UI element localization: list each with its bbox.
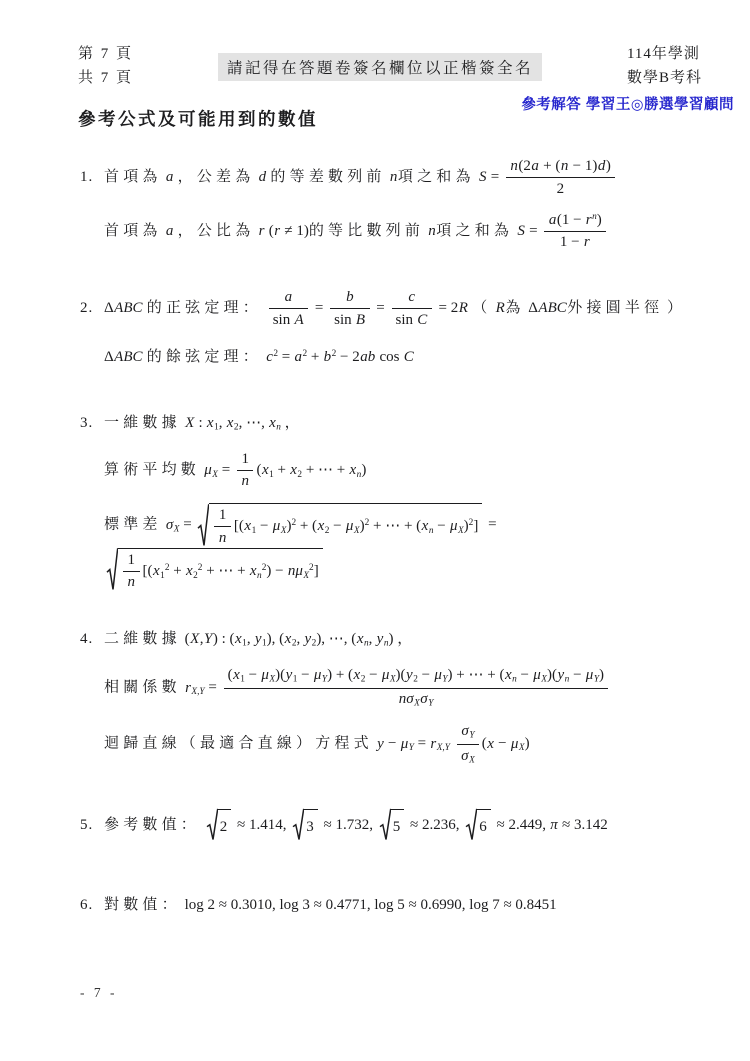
fraction: 1n xyxy=(237,450,254,492)
formula-item: 2.ΔABC 的正弦定理： asin A = bsin B = csin C =… xyxy=(80,288,714,372)
formula-item: 4.二維數據 (X,Y) : (x1, y1), (x2, y2), ⋯, (x… xyxy=(80,624,714,767)
item-number: 5. xyxy=(80,817,104,834)
cjk-text: ，公比為 xyxy=(178,223,255,239)
cjk-text: 參考數值： xyxy=(104,817,200,833)
sqrt-radical: 1n[(x12 + x22 + ⋯ + xn2) − nμX2] xyxy=(106,548,323,593)
sqrt-radical: 3 xyxy=(292,809,318,842)
item-number: 6. xyxy=(80,897,104,914)
page-number-line2: 共 7 頁 xyxy=(78,66,133,90)
formula-line: 迴歸直線（最適合直線）方程式 y − μY = rX,Y σYσX(x − μX… xyxy=(104,722,714,766)
fraction: asin A xyxy=(269,288,308,330)
sqrt-radical: 6 xyxy=(465,809,491,842)
cjk-text: 首項為 xyxy=(104,169,162,185)
item-body: 一維數據 X : x1, x2, ⋯, xn ，算術平均數 μX = 1n(x1… xyxy=(104,408,714,593)
page-number-block: 第 7 頁 共 7 頁 xyxy=(78,42,133,90)
cjk-text: 一維數據 xyxy=(104,415,181,431)
formula-line: 首項為 a ，公差為 d 的等差數列前 n項之和為 S = n(2a + (n … xyxy=(104,157,714,199)
formula-line: 標準差 σX = 1n[(x1 − μX)2 + (x2 − μX)2 + ⋯ … xyxy=(104,503,714,592)
formula-list: 1.首項為 a ，公差為 d 的等差數列前 n項之和為 S = n(2a + (… xyxy=(0,131,750,920)
cjk-text: 的等比數列前 xyxy=(309,223,424,239)
cjk-text: ， xyxy=(397,631,416,647)
sqrt-radical: 5 xyxy=(379,809,405,842)
document-page: 第 7 頁 共 7 頁 請記得在答題卷簽名欄位以正楷簽全名 114年學測 數學B… xyxy=(0,0,750,1061)
radical-sign-icon xyxy=(106,547,118,592)
watermark-link[interactable]: 參考解答 學習王◎勝選學習顧問 xyxy=(521,93,734,114)
exam-info-block: 114年學測 數學B考科 xyxy=(627,42,702,90)
fraction: n(2a + (n − 1)d)2 xyxy=(506,157,615,199)
cjk-text: 迴歸直線（最適合直線）方程式 xyxy=(104,736,373,752)
formula-item: 6.對數值： log 2 ≈ 0.3010, log 3 ≈ 0.4771, l… xyxy=(80,890,714,920)
cjk-text: 算術平均數 xyxy=(104,462,200,478)
formula-item: 3.一維數據 X : x1, x2, ⋯, xn ，算術平均數 μX = 1n(… xyxy=(80,408,714,593)
cjk-text: 項之和為 xyxy=(436,223,513,239)
radical-sign-icon xyxy=(197,503,209,548)
formula-line: 對數值： log 2 ≈ 0.3010, log 3 ≈ 0.4771, log… xyxy=(104,890,714,920)
page-number-line1: 第 7 頁 xyxy=(78,42,133,66)
item-number: 1. xyxy=(80,169,104,186)
formula-line: 二維數據 (X,Y) : (x1, y1), (x2, y2), ⋯, (xn,… xyxy=(104,624,714,654)
cjk-text: （ xyxy=(472,300,491,316)
fraction: (x1 − μX)(y1 − μY) + (x2 − μX)(y2 − μY) … xyxy=(224,666,608,710)
fraction: csin C xyxy=(392,288,432,330)
formula-line: 相關係數 rX,Y = (x1 − μX)(y1 − μY) + (x2 − μ… xyxy=(104,666,714,710)
radical-sign-icon xyxy=(379,808,391,841)
fraction: 1n xyxy=(123,551,140,593)
item-body: 首項為 a ，公差為 d 的等差數列前 n項之和為 S = n(2a + (n … xyxy=(104,157,714,252)
item-number: 3. xyxy=(80,415,104,432)
formula-line: 參考數值： 2 ≈ 1.414, 3 ≈ 1.732, 5 ≈ 2.236, 6… xyxy=(104,809,714,842)
fraction: 1n xyxy=(214,506,231,548)
exam-subject: 數學B考科 xyxy=(627,66,702,90)
formula-line: 首項為 a ，公比為 r (r ≠ 1)的等比數列前 n項之和為 S = a(1… xyxy=(104,211,714,253)
cjk-text: 的等差數列前 xyxy=(270,169,385,185)
item-body: 參考數值： 2 ≈ 1.414, 3 ≈ 1.732, 5 ≈ 2.236, 6… xyxy=(104,809,714,842)
item-body: 對數值： log 2 ≈ 0.3010, log 3 ≈ 0.4771, log… xyxy=(104,890,714,920)
cjk-text: ） xyxy=(667,300,686,316)
exam-year: 114年學測 xyxy=(627,42,702,66)
radical-sign-icon xyxy=(465,808,477,841)
cjk-text: 二維數據 xyxy=(104,631,181,647)
cjk-text: ， xyxy=(285,415,304,431)
cjk-text: 首項為 xyxy=(104,223,162,239)
item-body: ΔABC 的正弦定理： asin A = bsin B = csin C = 2… xyxy=(104,288,714,372)
page-footer: - 7 - xyxy=(80,985,118,1001)
item-number: 2. xyxy=(80,300,104,317)
formula-item: 5.參考數值： 2 ≈ 1.414, 3 ≈ 1.732, 5 ≈ 2.236,… xyxy=(80,809,714,842)
radical-sign-icon xyxy=(206,808,218,841)
cjk-text: 為 xyxy=(505,300,524,316)
item-body: 二維數據 (X,Y) : (x1, y1), (x2, y2), ⋯, (xn,… xyxy=(104,624,714,767)
cjk-text: 外接圓半徑 xyxy=(567,300,663,316)
formula-line: 一維數據 X : x1, x2, ⋯, xn ， xyxy=(104,408,714,438)
page-header: 第 7 頁 共 7 頁 請記得在答題卷簽名欄位以正楷簽全名 114年學測 數學B… xyxy=(0,0,750,90)
formula-line: ΔABC 的餘弦定理： c2 = a2 + b2 − 2ab cos C xyxy=(104,342,714,372)
formula-item: 1.首項為 a ，公差為 d 的等差數列前 n項之和為 S = n(2a + (… xyxy=(80,157,714,252)
radical-sign-icon xyxy=(292,808,304,841)
cjk-text: ，公差為 xyxy=(178,169,255,185)
fraction: σYσX xyxy=(457,722,479,766)
sqrt-radical: 1n[(x1 − μX)2 + (x2 − μX)2 + ⋯ + (xn − μ… xyxy=(197,503,482,548)
cjk-text: 的餘弦定理： xyxy=(147,349,262,365)
formula-line: 算術平均數 μX = 1n(x1 + x2 + ⋯ + xn) xyxy=(104,450,714,492)
item-number: 4. xyxy=(80,631,104,648)
formula-line: ΔABC 的正弦定理： asin A = bsin B = csin C = 2… xyxy=(104,288,714,330)
cjk-text: 對數值： xyxy=(104,897,181,913)
fraction: a(1 − rn)1 − r xyxy=(544,211,605,253)
sqrt-radical: 2 xyxy=(206,809,232,842)
cjk-text: 的正弦定理： xyxy=(147,300,262,316)
cjk-text: 標準差 xyxy=(104,517,162,533)
cjk-text: 項之和為 xyxy=(398,169,475,185)
signature-notice: 請記得在答題卷簽名欄位以正楷簽全名 xyxy=(218,53,542,81)
fraction: bsin B xyxy=(330,288,369,330)
cjk-text: 相關係數 xyxy=(104,680,181,696)
